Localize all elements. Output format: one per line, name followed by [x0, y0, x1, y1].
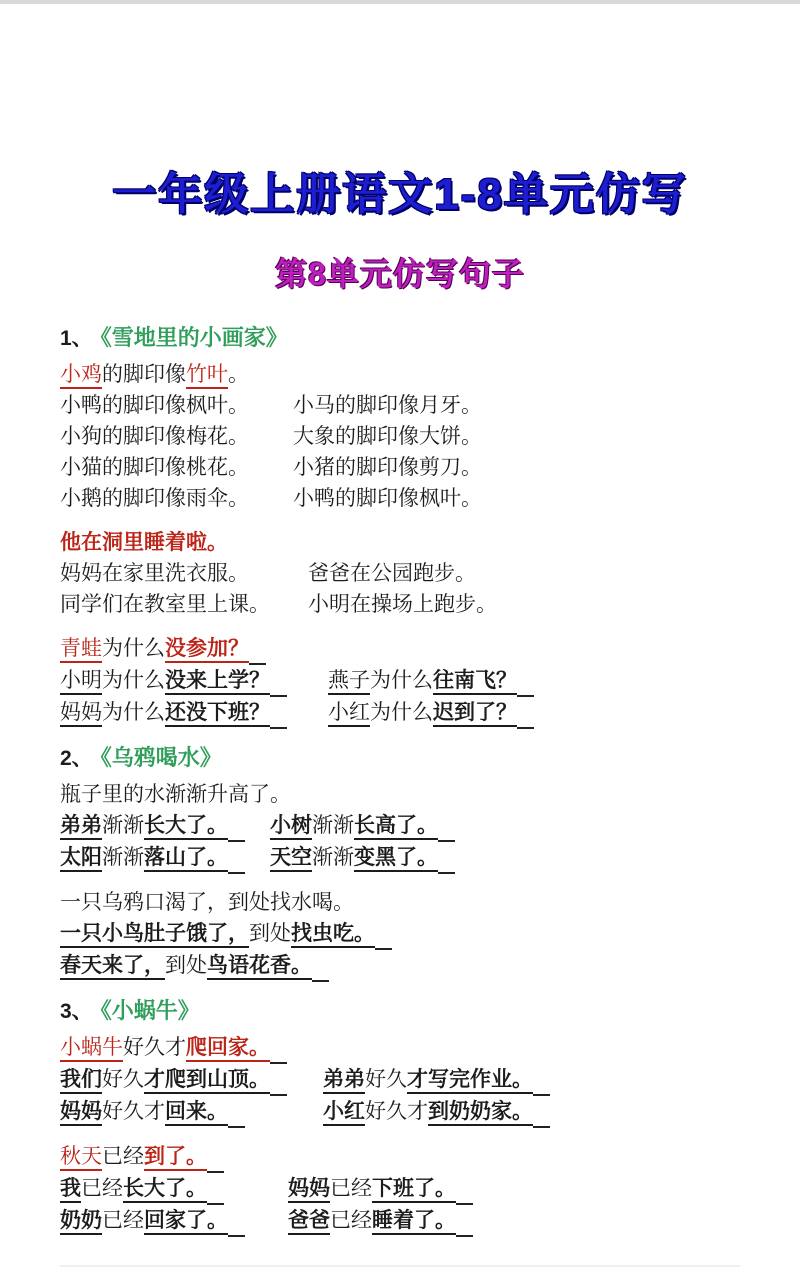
sentence-row: 我们好久才爬到山顶。弟弟好久才写完作业。 — [60, 1064, 740, 1096]
sentence-row: 弟弟渐渐长大了。小树渐渐长高了。 — [60, 810, 740, 842]
text-run: 大象的脚印像大饼。 — [293, 425, 482, 449]
sentence-row: 小鹅的脚印像雨伞。小鸭的脚印像枫叶。 — [60, 483, 740, 514]
text-run: 小鸡 — [60, 363, 102, 389]
text-run: 睡着了。 — [372, 1209, 456, 1235]
sentence-cell: 妈妈已经下班了。 — [288, 1173, 473, 1205]
underline-tail — [312, 960, 329, 981]
text-run: 渐渐 — [102, 846, 144, 870]
sentence-block: 瓶子里的水渐渐升高了。弟弟渐渐长大了。小树渐渐长高了。太阳渐渐落山了。天空渐渐变… — [60, 779, 740, 874]
text-run: 落山了。 — [144, 846, 228, 872]
text-run: 竹叶 — [186, 363, 228, 389]
text-run: 他在洞里睡着啦。 — [60, 531, 228, 555]
section-title: 《乌鸦喝水》 — [101, 745, 222, 770]
sentence-cell: 爸爸在公园跑步。 — [308, 558, 476, 589]
sentence-cell: 小树渐渐长高了。 — [270, 810, 455, 842]
underline-tail — [456, 1215, 473, 1236]
section-number: 2、 — [60, 747, 93, 770]
sentence-cell: 天空渐渐变黑了。 — [270, 842, 455, 874]
text-run: 小鹅的脚印像雨伞。 — [60, 487, 249, 511]
sentence-block: 他在洞里睡着啦。妈妈在家里洗衣服。爸爸在公园跑步。同学们在教室里上课。小明在操场… — [60, 527, 740, 620]
sentence-block: 秋天已经到了。我已经长大了。妈妈已经下班了。奶奶已经回家了。爸爸已经睡着了。 — [60, 1141, 740, 1237]
text-run: 小鸭的脚印像枫叶。 — [293, 487, 482, 511]
sentence-row: 小蜗牛好久才爬回家。 — [60, 1032, 740, 1064]
text-run: 好久才 — [365, 1100, 428, 1124]
text-run: 渐渐 — [312, 846, 354, 870]
sentence-cell: 我已经长大了。 — [60, 1173, 288, 1205]
text-run: 一只乌鸦口渴了，到处找水喝。 — [60, 891, 354, 915]
sentence-cell: 春天来了，到处鸟语花香。 — [60, 950, 329, 982]
text-run: 才爬到山顶。 — [144, 1068, 270, 1094]
sentence-cell: 燕子为什么往南飞？ — [328, 665, 534, 697]
text-run: 瓶子里的水渐渐升高了。 — [60, 783, 291, 807]
text-run: 小红 — [328, 701, 370, 727]
text-run: 。 — [228, 363, 249, 387]
text-run: 已经 — [81, 1177, 123, 1201]
text-run: 往南飞？ — [433, 669, 517, 695]
text-run: 下班了。 — [372, 1177, 456, 1203]
underline-tail — [270, 1074, 287, 1095]
page-subtitle: 第8单元仿写句子 — [60, 249, 740, 295]
sentence-cell: 小鸭的脚印像枫叶。 — [293, 483, 482, 514]
text-run: 秋天 — [60, 1145, 102, 1171]
sentence-row: 妈妈在家里洗衣服。爸爸在公园跑步。 — [60, 558, 740, 589]
sentence-cell: 小马的脚印像月牙。 — [293, 390, 482, 421]
sentence-row: 奶奶已经回家了。爸爸已经睡着了。 — [60, 1205, 740, 1237]
sentence-row: 青蛙为什么没参加？ — [60, 633, 740, 665]
underline-tail — [517, 675, 534, 696]
text-run: 小猪的脚印像剪刀。 — [293, 456, 482, 480]
text-run: 妈妈 — [60, 1100, 102, 1126]
text-run: 为什么 — [102, 637, 165, 661]
text-run: 小猫的脚印像桃花。 — [60, 456, 249, 480]
page-title: 一年级上册语文1-8单元仿写 — [60, 171, 740, 219]
sentence-row: 太阳渐渐落山了。天空渐渐变黑了。 — [60, 842, 740, 874]
text-run: 小树 — [270, 814, 312, 840]
sentence-cell: 奶奶已经回家了。 — [60, 1205, 288, 1237]
text-run: 妈妈在家里洗衣服。 — [60, 562, 249, 586]
text-run: 渐渐 — [102, 814, 144, 838]
text-run: 长大了。 — [123, 1177, 207, 1203]
sentence-cell: 妈妈在家里洗衣服。 — [60, 558, 308, 589]
sentence-cell: 小猫的脚印像桃花。 — [60, 452, 293, 483]
sentence-cell: 他在洞里睡着啦。 — [60, 527, 228, 558]
text-run: 鸟语花香。 — [207, 954, 312, 980]
text-run: 为什么 — [102, 701, 165, 725]
sentence-block: 青蛙为什么没参加？小明为什么没来上学？燕子为什么往南飞？妈妈为什么还没下班？小红… — [60, 633, 740, 729]
sentence-cell: 大象的脚印像大饼。 — [293, 421, 482, 452]
sentence-cell: 爸爸已经睡着了。 — [288, 1205, 473, 1237]
text-run: 到了。 — [144, 1145, 207, 1171]
sentence-cell: 小明为什么没来上学？ — [60, 665, 328, 697]
text-run: 已经 — [102, 1145, 144, 1169]
text-run: 为什么 — [102, 669, 165, 693]
sentence-row: 小猫的脚印像桃花。小猪的脚印像剪刀。 — [60, 452, 740, 483]
text-run: 小明在操场上跑步。 — [308, 593, 497, 617]
sentence-cell: 小鹅的脚印像雨伞。 — [60, 483, 293, 514]
sentence-cell: 小红为什么迟到了？ — [328, 697, 534, 729]
sentence-row: 妈妈为什么还没下班？小红为什么迟到了？ — [60, 697, 740, 729]
text-run: 没参加？ — [165, 637, 249, 663]
section-1: 1、《雪地里的小画家》小鸡的脚印像竹叶。小鸭的脚印像枫叶。小马的脚印像月牙。小狗… — [60, 322, 740, 729]
text-run: 到处 — [165, 954, 207, 978]
worksheet-page: 一年级上册语文1-8单元仿写 第8单元仿写句子 1、《雪地里的小画家》小鸡的脚印… — [0, 4, 800, 1267]
text-run: 好久 — [365, 1068, 407, 1092]
sentence-row: 妈妈好久才回来。小红好久才到奶奶家。 — [60, 1096, 740, 1128]
sections: 1、《雪地里的小画家》小鸡的脚印像竹叶。小鸭的脚印像枫叶。小马的脚印像月牙。小狗… — [60, 322, 740, 1237]
text-run: 小狗的脚印像梅花。 — [60, 425, 249, 449]
underline-tail — [456, 1183, 473, 1204]
sentence-cell: 妈妈好久才回来。 — [60, 1096, 323, 1128]
sentence-cell: 弟弟渐渐长大了。 — [60, 810, 270, 842]
sentence-row: 他在洞里睡着啦。 — [60, 527, 740, 558]
underline-tail — [228, 820, 245, 841]
sentence-cell: 小狗的脚印像梅花。 — [60, 421, 293, 452]
sentence-block: 小蜗牛好久才爬回家。我们好久才爬到山顶。弟弟好久才写完作业。妈妈好久才回来。小红… — [60, 1032, 740, 1128]
sentence-row: 小鸭的脚印像枫叶。小马的脚印像月牙。 — [60, 390, 740, 421]
section-title: 《小蜗牛》 — [101, 998, 200, 1023]
text-run: 燕子 — [328, 669, 370, 695]
text-run: 已经 — [102, 1209, 144, 1233]
text-run: 小马的脚印像月牙。 — [293, 394, 482, 418]
sentence-cell: 我们好久才爬到山顶。 — [60, 1064, 323, 1096]
underline-tail — [438, 820, 455, 841]
text-run: 还没下班？ — [165, 701, 270, 727]
section-heading: 2、《乌鸦喝水》 — [60, 742, 740, 776]
sentence-row: 我已经长大了。妈妈已经下班了。 — [60, 1173, 740, 1205]
text-run: 的脚印像 — [102, 363, 186, 387]
text-run: 天空 — [270, 846, 312, 872]
underline-tail — [438, 852, 455, 873]
sentence-row: 一只乌鸦口渴了，到处找水喝。 — [60, 887, 740, 918]
text-run: 没来上学？ — [165, 669, 270, 695]
sentence-cell: 青蛙为什么没参加？ — [60, 633, 266, 665]
text-run: 好久才 — [123, 1036, 186, 1060]
sentence-cell: 小鸡的脚印像竹叶。 — [60, 359, 249, 390]
text-run: 长高了。 — [354, 814, 438, 840]
underline-tail — [533, 1074, 550, 1095]
underline-tail — [249, 643, 266, 664]
section-title: 《雪地里的小画家》 — [101, 325, 288, 350]
sentence-row: 小鸡的脚印像竹叶。 — [60, 359, 740, 390]
section-2: 2、《乌鸦喝水》瓶子里的水渐渐升高了。弟弟渐渐长大了。小树渐渐长高了。太阳渐渐落… — [60, 742, 740, 982]
sentence-block: 一只乌鸦口渴了，到处找水喝。一只小鸟肚子饿了，到处找虫吃。春天来了，到处鸟语花香… — [60, 887, 740, 982]
text-run: 找虫吃。 — [291, 922, 375, 948]
sentence-cell: 同学们在教室里上课。 — [60, 589, 308, 620]
section-number: 3、 — [60, 1000, 93, 1023]
text-run: 太阳 — [60, 846, 102, 872]
text-run: 一只小鸟肚子饿了， — [60, 922, 249, 948]
underline-tail — [207, 1151, 224, 1172]
sentence-row: 春天来了，到处鸟语花香。 — [60, 950, 740, 982]
section-heading: 1、《雪地里的小画家》 — [60, 322, 740, 356]
text-run: 弟弟 — [60, 814, 102, 840]
sentence-row: 一只小鸟肚子饿了，到处找虫吃。 — [60, 918, 740, 950]
sentence-cell: 一只小鸟肚子饿了，到处找虫吃。 — [60, 918, 392, 950]
section-3: 3、《小蜗牛》小蜗牛好久才爬回家。我们好久才爬到山顶。弟弟好久才写完作业。妈妈好… — [60, 995, 740, 1237]
text-run: 爸爸在公园跑步。 — [308, 562, 476, 586]
text-run: 弟弟 — [323, 1068, 365, 1094]
text-run: 小蜗牛 — [60, 1036, 123, 1062]
text-run: 已经 — [330, 1209, 372, 1233]
text-run: 回家了。 — [144, 1209, 228, 1235]
text-run: 回来。 — [165, 1100, 228, 1126]
text-run: 爬回家。 — [186, 1036, 270, 1062]
underline-tail — [533, 1106, 550, 1127]
text-run: 好久 — [102, 1068, 144, 1092]
text-run: 爸爸 — [288, 1209, 330, 1235]
text-run: 变黑了。 — [354, 846, 438, 872]
text-run: 好久才 — [102, 1100, 165, 1124]
sentence-row: 同学们在教室里上课。小明在操场上跑步。 — [60, 589, 740, 620]
text-run: 为什么 — [370, 701, 433, 725]
sentence-cell: 瓶子里的水渐渐升高了。 — [60, 779, 291, 810]
underline-tail — [228, 1106, 245, 1127]
sentence-row: 瓶子里的水渐渐升高了。 — [60, 779, 740, 810]
text-run: 迟到了？ — [433, 701, 517, 727]
sentence-cell: 小鸭的脚印像枫叶。 — [60, 390, 293, 421]
sentence-cell: 妈妈为什么还没下班？ — [60, 697, 328, 729]
text-run: 妈妈 — [288, 1177, 330, 1203]
sentence-cell: 小蜗牛好久才爬回家。 — [60, 1032, 287, 1064]
underline-tail — [270, 1042, 287, 1063]
text-run: 我们 — [60, 1068, 102, 1094]
text-run: 小明 — [60, 669, 102, 695]
underline-tail — [517, 707, 534, 728]
sentence-row: 小明为什么没来上学？燕子为什么往南飞？ — [60, 665, 740, 697]
text-run: 小红 — [323, 1100, 365, 1126]
sentence-cell: 小明在操场上跑步。 — [308, 589, 497, 620]
sentence-cell: 秋天已经到了。 — [60, 1141, 224, 1173]
section-heading: 3、《小蜗牛》 — [60, 995, 740, 1029]
text-run: 到处 — [249, 922, 291, 946]
underline-tail — [270, 707, 287, 728]
text-run: 为什么 — [370, 669, 433, 693]
sentence-cell: 小红好久才到奶奶家。 — [323, 1096, 550, 1128]
text-run: 妈妈 — [60, 701, 102, 727]
sentence-cell: 一只乌鸦口渴了，到处找水喝。 — [60, 887, 354, 918]
text-run: 才写完作业。 — [407, 1068, 533, 1094]
text-run: 长大了。 — [144, 814, 228, 840]
text-run: 春天来了， — [60, 954, 165, 980]
text-run: 奶奶 — [60, 1209, 102, 1235]
sentence-row: 秋天已经到了。 — [60, 1141, 740, 1173]
underline-tail — [228, 1215, 245, 1236]
text-run: 同学们在教室里上课。 — [60, 593, 270, 617]
underline-tail — [270, 675, 287, 696]
text-run: 小鸭的脚印像枫叶。 — [60, 394, 249, 418]
sentence-cell: 小猪的脚印像剪刀。 — [293, 452, 482, 483]
section-number: 1、 — [60, 327, 93, 350]
text-run: 已经 — [330, 1177, 372, 1201]
sentence-cell: 太阳渐渐落山了。 — [60, 842, 270, 874]
text-run: 渐渐 — [312, 814, 354, 838]
underline-tail — [228, 852, 245, 873]
text-run: 青蛙 — [60, 637, 102, 663]
underline-tail — [375, 928, 392, 949]
sentence-row: 小狗的脚印像梅花。大象的脚印像大饼。 — [60, 421, 740, 452]
underline-tail — [207, 1183, 224, 1204]
text-run: 我 — [60, 1177, 81, 1203]
sentence-cell: 弟弟好久才写完作业。 — [323, 1064, 550, 1096]
sentence-block: 小鸡的脚印像竹叶。小鸭的脚印像枫叶。小马的脚印像月牙。小狗的脚印像梅花。大象的脚… — [60, 359, 740, 514]
text-run: 到奶奶家。 — [428, 1100, 533, 1126]
